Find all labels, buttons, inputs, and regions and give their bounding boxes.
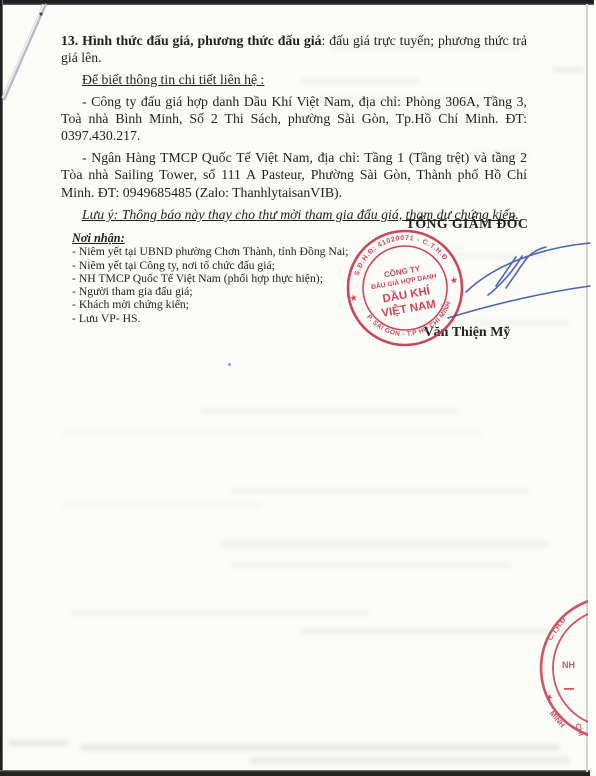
- recipient-item: - Lưu VP- HS.: [72, 312, 352, 325]
- scan-border-bottom: [0, 770, 590, 776]
- bleedthrough-smudge: [230, 562, 510, 568]
- paragraph-auction-format: 13. Hình thức đấu giá, phương thức đấu g…: [61, 32, 527, 66]
- bleedthrough-smudge: [62, 502, 262, 508]
- bleedthrough-smudge: [300, 628, 550, 635]
- edge-seal-text-mid: NH: [562, 660, 575, 670]
- bleedthrough-smudge: [230, 488, 530, 494]
- recipient-item: - Niêm yết tại Công ty, nơi tổ chức đấu …: [72, 259, 352, 272]
- edge-seal-fragment: C.T.H.Đ NH ★ MINH CHÍ: [518, 588, 588, 752]
- contact-item-company: - Công ty đấu giá hợp danh Dầu Khí Việt …: [61, 93, 527, 145]
- edge-seal-dash: [564, 688, 574, 690]
- bleedthrough-smudge: [8, 740, 68, 746]
- auction-format-label: 13. Hình thức đấu giá, phương thức đấu g…: [61, 33, 322, 48]
- edge-seal-text-bottom: MINH: [548, 709, 567, 729]
- bleedthrough-smudge: [70, 610, 370, 616]
- bleedthrough-smudge: [220, 540, 550, 547]
- ink-speck: [228, 363, 231, 366]
- bleedthrough-smudge: [80, 744, 560, 751]
- scan-border-top: [0, 0, 594, 5]
- bleedthrough-smudge: [200, 408, 460, 414]
- contact-item-bank: - Ngân Hàng TMCP Quốc Tế Việt Nam, địa c…: [61, 149, 527, 201]
- recipients-block: Nơi nhận: - Niêm yết tại UBND phường Chơ…: [72, 232, 352, 325]
- bleedthrough-smudge: [553, 68, 585, 72]
- scanned-document-page: 13. Hình thức đấu giá, phương thức đấu g…: [0, 0, 596, 776]
- star-icon: ★: [349, 293, 358, 303]
- signature-ink: [438, 230, 596, 326]
- recipient-item: - NH TMCP Quốc Tế Việt Nam (phối hợp thự…: [72, 272, 352, 285]
- scan-background-strip: [588, 5, 596, 770]
- bleedthrough-smudge: [62, 430, 482, 436]
- recipient-item: - Người tham gia đấu giá;: [72, 285, 352, 298]
- recipients-heading: Nơi nhận:: [72, 232, 352, 245]
- edge-seal-text-top: C.T.H.Đ: [545, 615, 568, 642]
- contact-heading: Để biết thông tin chi tiết liên hệ :: [61, 71, 527, 88]
- bleedthrough-smudge: [250, 757, 570, 764]
- recipient-item: - Niêm yết tại UBND phường Chơn Thành, t…: [72, 245, 352, 258]
- edge-seal-text-bottom2: CHÍ: [573, 722, 586, 738]
- recipient-item: - Khách mời chứng kiến;: [72, 298, 352, 311]
- star-icon: ★: [544, 692, 555, 703]
- document-body: 13. Hình thức đấu giá, phương thức đấu g…: [61, 32, 527, 223]
- scan-crease-artifact: [0, 0, 70, 120]
